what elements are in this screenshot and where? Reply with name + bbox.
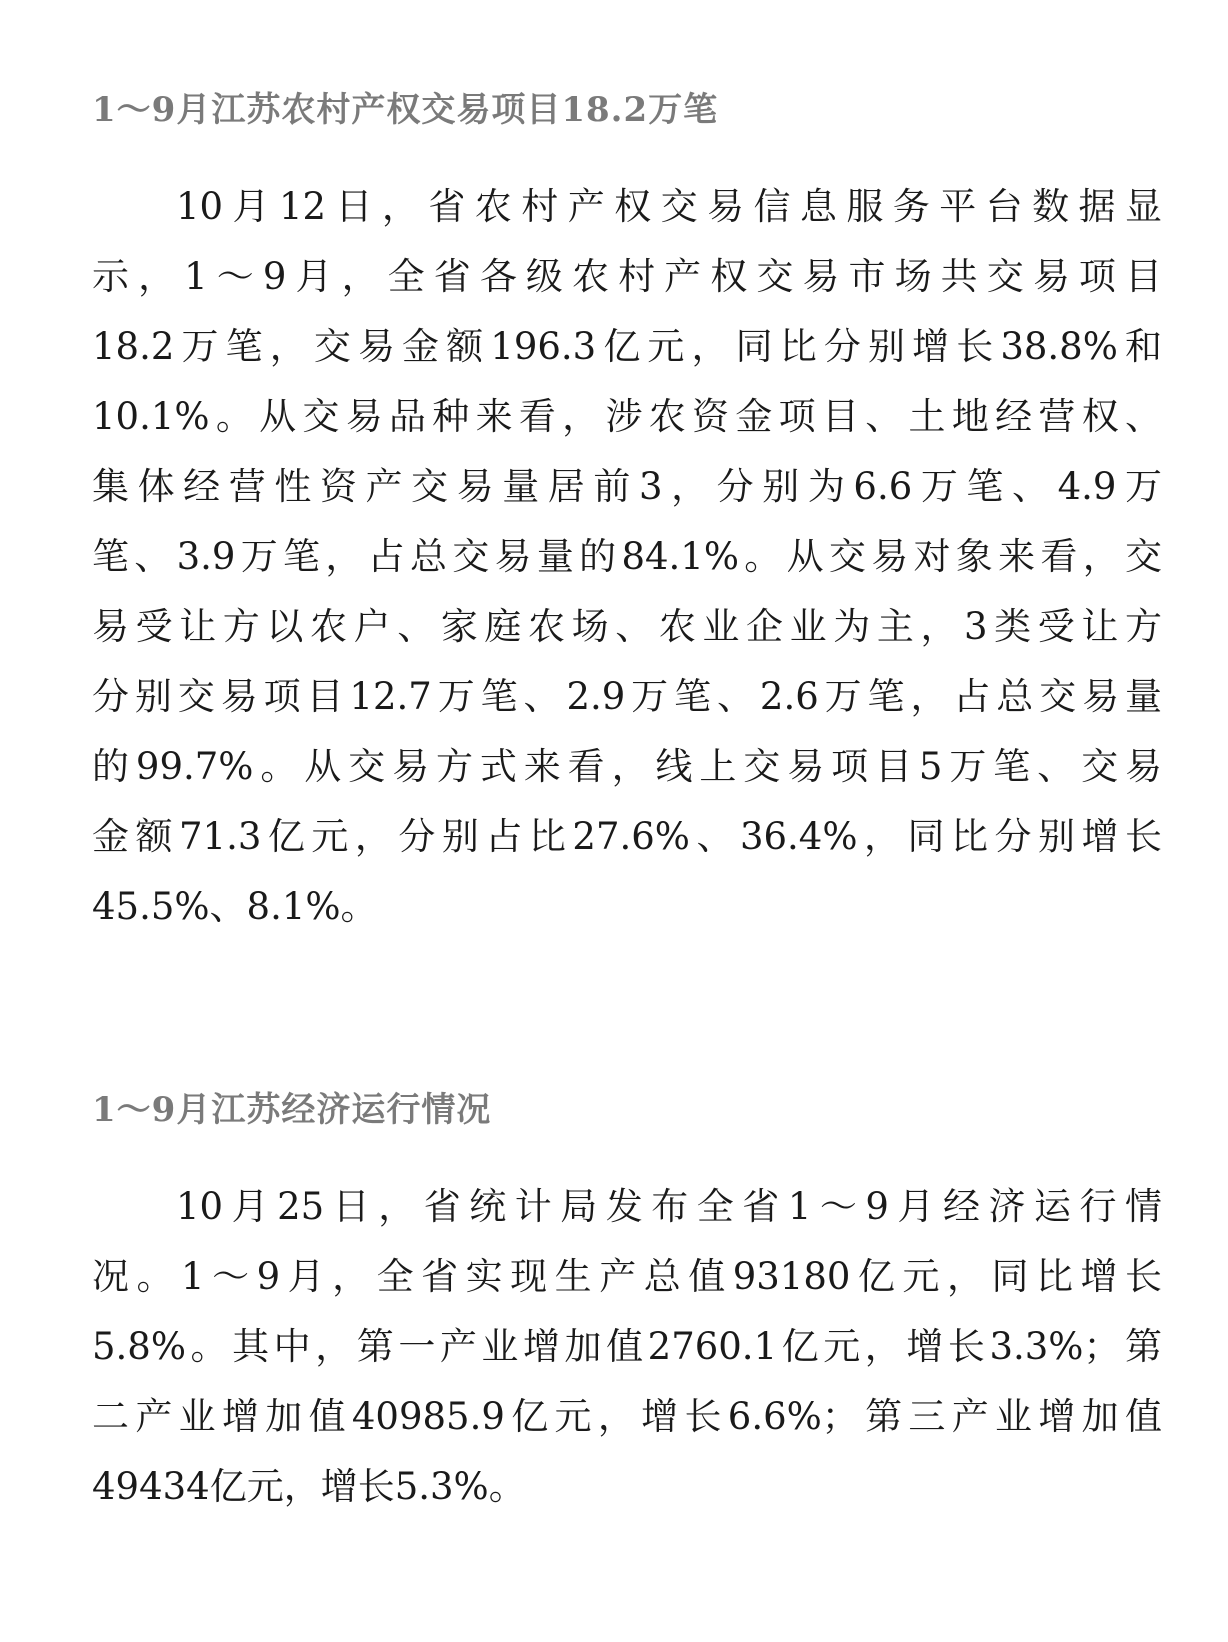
paragraph-line: 金额71.3亿元，分别占比27.6%、36.4%，同比分别增长 — [92, 815, 1162, 859]
paragraph-line: 笔、3.9万笔，占总交易量的84.1%。从交易对象来看，交 — [92, 535, 1162, 579]
document-page: 1～9月江苏农村产权交易项目18.2万笔 10月12日，省农村产权交易信息服务平… — [0, 0, 1228, 1642]
paragraph-line: 5.8%。其中，第一产业增加值2760.1亿元，增长3.3%；第 — [92, 1325, 1162, 1369]
paragraph-line: 49434亿元，增长5.3%。 — [92, 1465, 1162, 1509]
paragraph-line: 10月25日，省统计局发布全省1～9月经济运行情 — [176, 1185, 1162, 1229]
paragraph-line: 集体经营性资产交易量居前3，分别为6.6万笔、4.9万 — [92, 465, 1162, 509]
paragraph-line: 二产业增加值40985.9亿元，增长6.6%；第三产业增加值 — [92, 1395, 1162, 1439]
paragraph-line: 示，1～9月，全省各级农村产权交易市场共交易项目 — [92, 255, 1162, 299]
paragraph-line: 45.5%、8.1%。 — [92, 885, 1162, 929]
paragraph-line: 分别交易项目12.7万笔、2.9万笔、2.6万笔，占总交易量 — [92, 675, 1162, 719]
paragraph-line: 10.1%。从交易品种来看，涉农资金项目、土地经营权、 — [92, 395, 1162, 439]
paragraph-line: 18.2万笔，交易金额196.3亿元，同比分别增长38.8%和 — [92, 325, 1162, 369]
paragraph-line: 10月12日，省农村产权交易信息服务平台数据显 — [176, 185, 1162, 229]
section-heading-economic-operation: 1～9月江苏经济运行情况 — [92, 1090, 491, 1130]
paragraph-line: 易受让方以农户、家庭农场、农业企业为主，3类受让方 — [92, 605, 1162, 649]
paragraph-line: 的99.7%。从交易方式来看，线上交易项目5万笔、交易 — [92, 745, 1162, 789]
paragraph-line: 况。1～9月，全省实现生产总值93180亿元，同比增长 — [92, 1255, 1162, 1299]
section-heading-rural-property-trading: 1～9月江苏农村产权交易项目18.2万笔 — [92, 90, 718, 130]
